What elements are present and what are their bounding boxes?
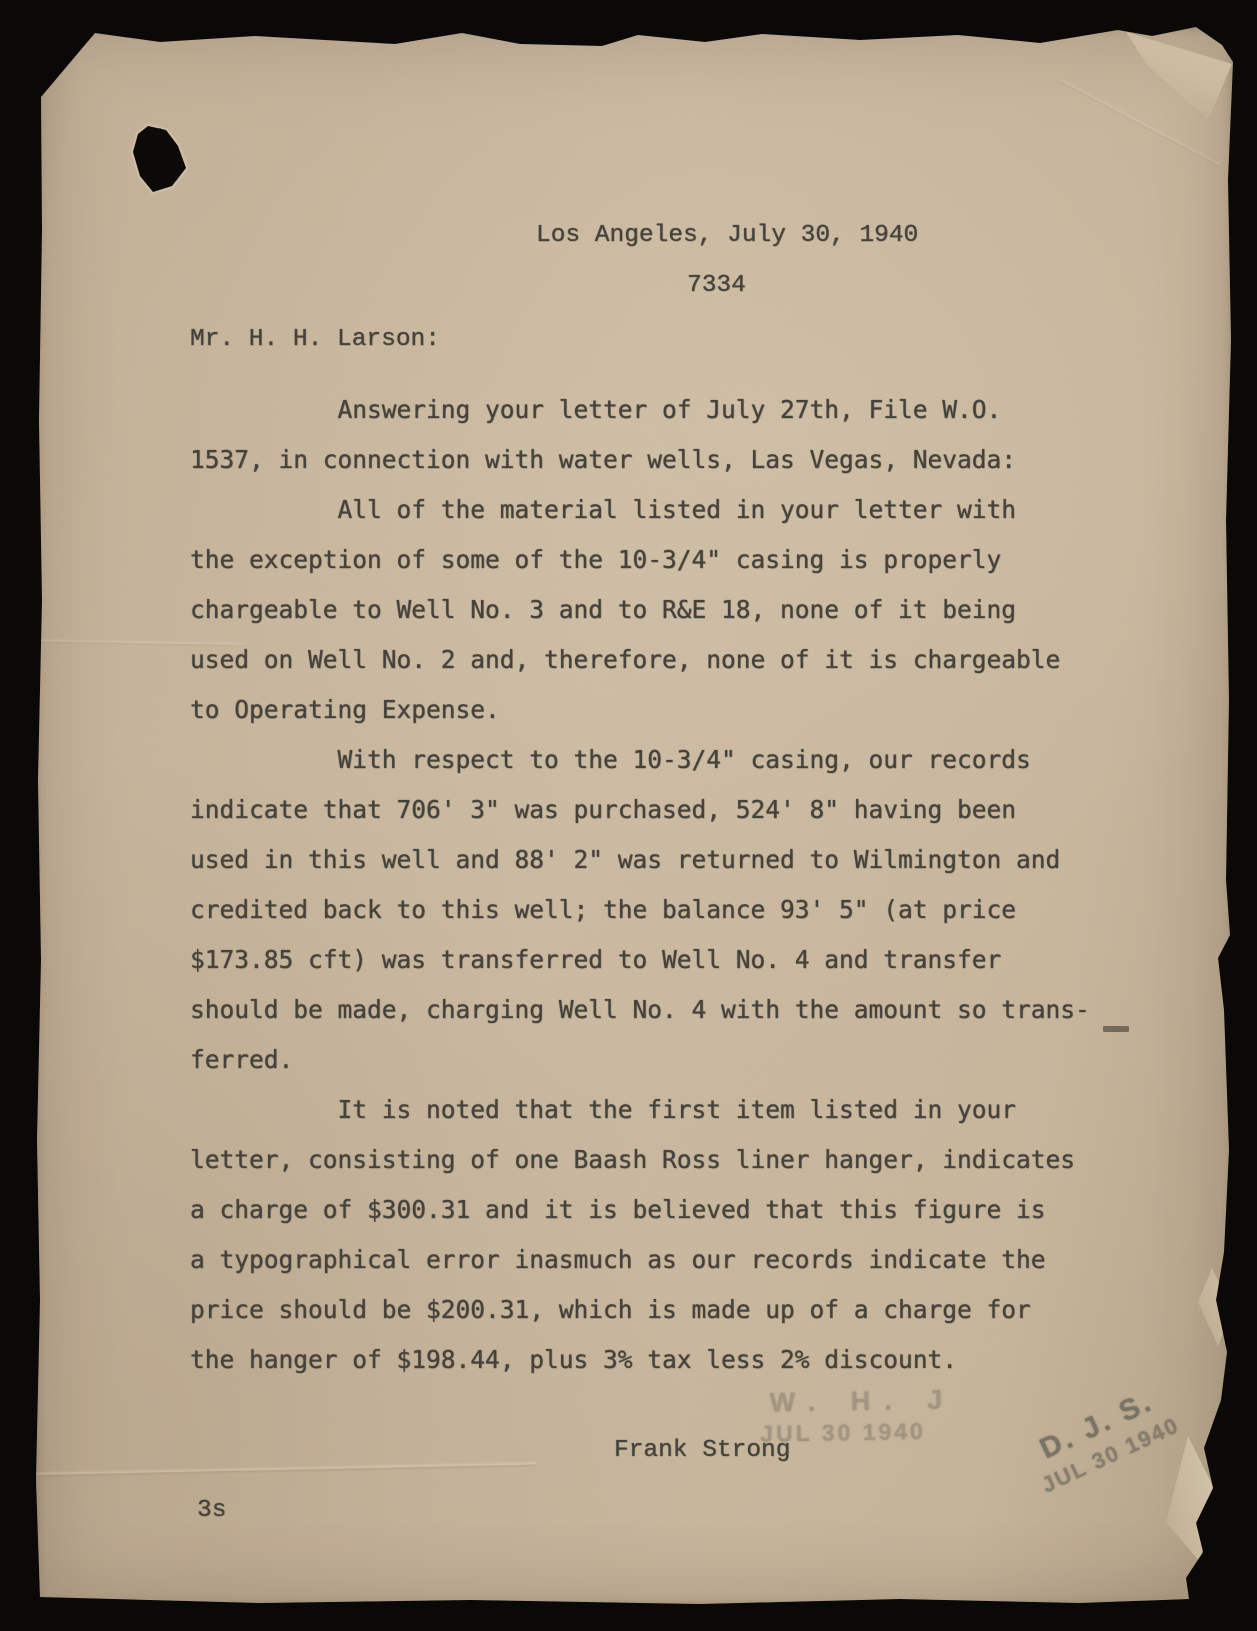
punch-hole bbox=[120, 114, 206, 210]
received-stamp-whj: W. H. J JUL 30 1940 bbox=[769, 1384, 957, 1447]
typist-initials: 3s bbox=[197, 1499, 226, 1524]
salutation: Mr. H. H. Larson: bbox=[190, 328, 440, 353]
letter-body: Answering your letter of July 27th, File… bbox=[190, 385, 1090, 1385]
stamp-whj-date: JUL 30 1940 bbox=[760, 1417, 957, 1447]
letter-paper: Los Angeles, July 30, 1940 7334 Mr. H. H… bbox=[0, 0, 1257, 1631]
stray-ink-mark bbox=[1103, 1026, 1129, 1032]
stamp-whj-initials: W. H. J bbox=[769, 1384, 956, 1418]
reference-number: 7334 bbox=[687, 274, 746, 299]
scanned-letter-scene: Los Angeles, July 30, 1940 7334 Mr. H. H… bbox=[0, 0, 1257, 1631]
dateline: Los Angeles, July 30, 1940 bbox=[536, 224, 918, 249]
